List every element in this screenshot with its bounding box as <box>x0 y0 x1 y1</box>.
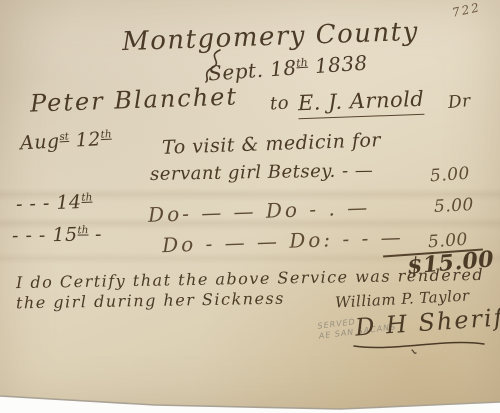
debit-abbreviation: Dr <box>447 91 471 113</box>
entry-2-day-suffix: th <box>81 191 92 203</box>
entry-2-amount: 5.00 <box>434 195 475 217</box>
entry-3-trailing-dash: - <box>95 223 102 245</box>
signature-underline-flourish <box>352 336 487 354</box>
creditor-name: E. J. Arnold <box>298 87 425 119</box>
entry-1-day-suffix: th <box>100 128 112 141</box>
entry-2-ditto-dashes: - - - <box>16 192 51 215</box>
entry-1-month: Aug <box>19 130 60 154</box>
entry-3-day-suffix: th <box>77 224 88 236</box>
entry-3-ditto-dashes: - - - <box>12 224 46 247</box>
entry-1-day: 12 <box>75 128 101 151</box>
entry-3-day: 15 <box>52 224 78 246</box>
entry-1-amount: 5.00 <box>429 164 470 187</box>
to-word: to <box>269 93 289 115</box>
date-ordinal-suffix: th <box>296 56 308 70</box>
entry-2-day: 14 <box>56 191 82 214</box>
scanned-document: 722 Montgomery County Sept. 18th 1838 Pe… <box>0 0 500 413</box>
entry-3-date: - - - 15th - <box>12 223 102 247</box>
date-year: 1838 <box>314 50 368 78</box>
entry-1-description-line2: servant girl Betsey. - — <box>150 160 374 185</box>
entry-2-date: - - - 14th <box>16 191 93 216</box>
entry-1-month-suffix: st <box>59 131 69 143</box>
